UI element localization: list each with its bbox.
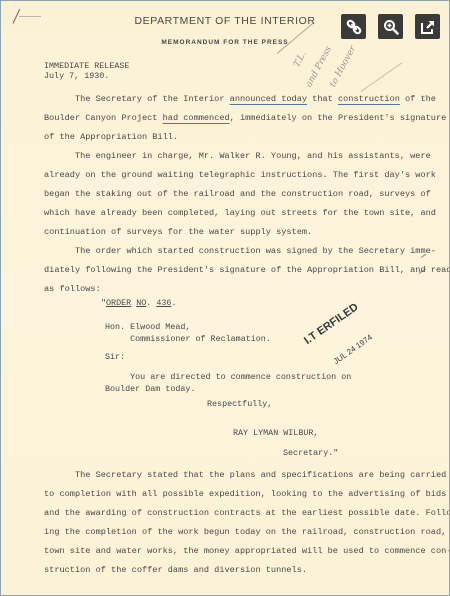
- underlined-text: construction: [338, 94, 400, 104]
- text-line: struction of the coffer dams and diversi…: [44, 565, 307, 575]
- text-line: to completion with all possible expediti…: [44, 489, 446, 499]
- zoom-button[interactable]: [378, 14, 403, 39]
- text: The Secretary of the Interior: [44, 94, 230, 104]
- paragraph-1: The Secretary of the Interior announced …: [44, 90, 446, 147]
- order-label: ORDER: [106, 298, 131, 308]
- handwritten-note: T.L.: [292, 50, 309, 69]
- paragraph-2: The engineer in charge, Mr. Walker R. Yo…: [44, 147, 436, 242]
- addressee-name: Hon. Elwood Mead,: [105, 322, 190, 332]
- signer-name: RAY LYMAN WILBUR,: [233, 427, 318, 439]
- text-line: diately following the President's signat…: [44, 265, 449, 275]
- text-line: Boulder Dam today.: [105, 384, 195, 394]
- text-line: town site and water works, the money app…: [44, 546, 449, 556]
- text-line: which have already been completed, layin…: [44, 208, 436, 218]
- memo-subtitle: MEMORANDUM FOR THE PRESS: [1, 39, 449, 46]
- text-line: began the staking out of the railroad an…: [44, 189, 431, 199]
- text-line: You are directed to commence constructio…: [105, 372, 351, 382]
- signer-title: Secretary.": [283, 447, 338, 459]
- text: of the Appropriation Bill.: [44, 132, 178, 142]
- text: that: [307, 94, 338, 104]
- link-button[interactable]: [341, 14, 366, 39]
- text-line: ing the completion of the work begun tod…: [44, 527, 446, 537]
- text: of the: [400, 94, 436, 104]
- release-label: IMMEDIATE RELEASE: [44, 61, 129, 71]
- order-no-label: NO: [136, 298, 146, 308]
- text: , immediately on the President's signatu…: [230, 113, 447, 123]
- paragraph-3: The order which started construction was…: [44, 242, 449, 299]
- pencil-mark: [361, 62, 403, 91]
- release-block: IMMEDIATE RELEASE July 7, 1930.: [44, 61, 129, 81]
- text: Boulder Canyon Project: [44, 113, 163, 123]
- text-line: The engineer in charge, Mr. Walker R. Yo…: [44, 151, 431, 161]
- paragraph-4: The Secretary stated that the plans and …: [44, 466, 449, 580]
- order-number: 436: [156, 298, 171, 308]
- link-icon: [346, 19, 362, 35]
- underlined-text: announced today: [230, 94, 307, 104]
- text-line: continuation of surveys for the water su…: [44, 227, 312, 237]
- underlined-text: had commenced: [163, 113, 230, 123]
- text-line: as follows:: [44, 284, 101, 294]
- document-viewer: T.L. and Press to Hoover DEPARTMENT OF T…: [1, 1, 449, 595]
- text-line: The order which started construction was…: [44, 246, 436, 256]
- text-line: already on the ground waiting telegraphi…: [44, 170, 436, 180]
- release-date: July 7, 1930.: [44, 71, 109, 81]
- zoom-in-icon: [383, 19, 399, 35]
- order-addressee: Hon. Elwood Mead, Commissioner of Reclam…: [105, 321, 271, 345]
- document-page: T.L. and Press to Hoover DEPARTMENT OF T…: [1, 1, 449, 595]
- filed-stamp: I.T ERFILED: [302, 301, 360, 347]
- text-line: The Secretary stated that the plans and …: [44, 470, 446, 480]
- open-external-button[interactable]: [415, 14, 440, 39]
- text-line: and the awarding of construction contrac…: [44, 508, 449, 518]
- order-body: You are directed to commence constructio…: [105, 371, 351, 395]
- viewer-toolbar: [341, 14, 440, 39]
- closing: Respectfully,: [207, 398, 272, 410]
- salutation: Sir:: [105, 351, 125, 363]
- addressee-title: Commissioner of Reclamation.: [105, 334, 271, 344]
- stamp-date: JUL 24 1974: [332, 333, 374, 366]
- external-link-icon: [420, 19, 436, 35]
- order-heading: "ORDER NO. 436.: [101, 297, 176, 309]
